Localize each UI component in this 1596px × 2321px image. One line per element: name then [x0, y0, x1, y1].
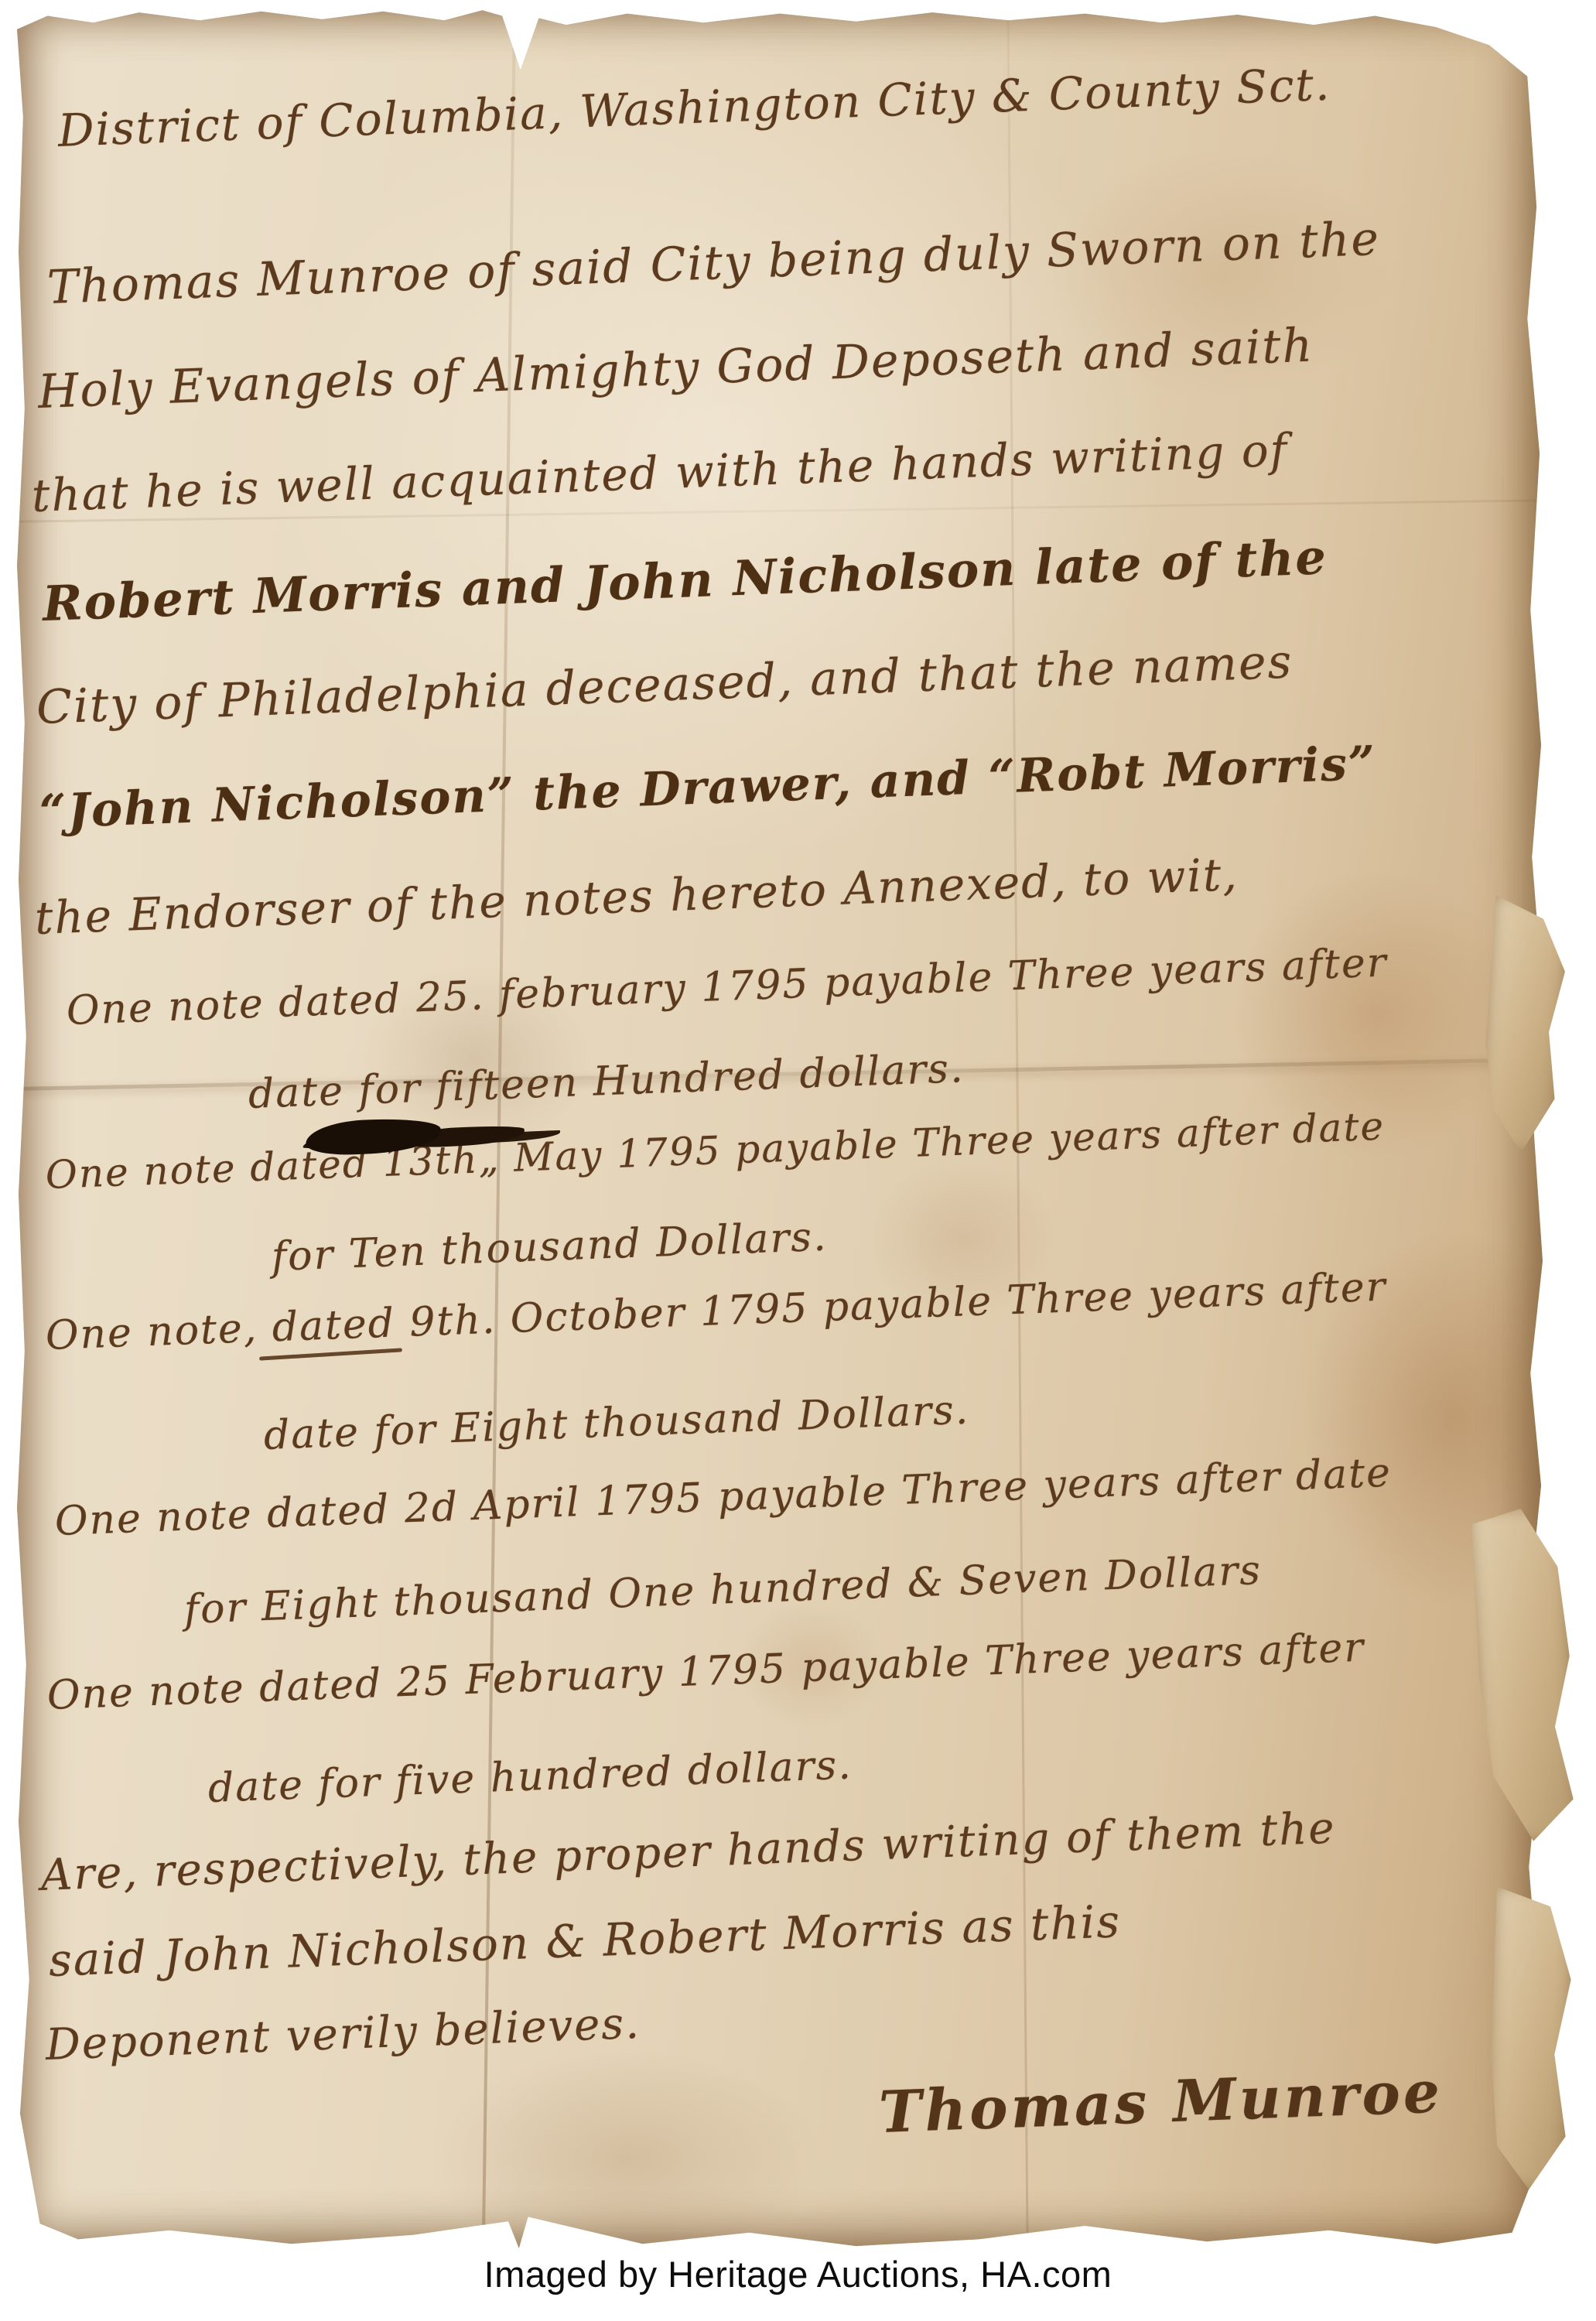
manuscript-line: date for five hundred dollars. [207, 1745, 853, 1808]
handwritten-text-layer: District of Columbia, Washington City & … [0, 0, 1596, 2321]
manuscript-line: Robert Morris and John Nicholson late of… [42, 533, 1328, 628]
manuscript-line: “John Nicholson” the Drawer, and “Robt M… [39, 740, 1377, 836]
manuscript-line: One note dated 13th„ May 1795 payable Th… [45, 1107, 1386, 1195]
manuscript-line: Holy Evangels of Almighty God Deposeth a… [37, 323, 1314, 415]
manuscript-line: date for fifteen Hundred dollars. [248, 1048, 965, 1115]
signature-thomas-munroe: Thomas Munroe [878, 2063, 1444, 2142]
manuscript-line: One note dated 25. february 1795 payable… [66, 942, 1388, 1031]
manuscript-line: for Ten thousand Dollars. [271, 1217, 828, 1277]
manuscript-line: the Endorser of the notes hereto Annexed… [34, 852, 1239, 941]
manuscript-line: that he is well acquainted with the hand… [31, 427, 1289, 518]
scanned-document-photo: District of Columbia, Washington City & … [0, 0, 1596, 2321]
manuscript-line: City of Philadelphia deceased, and that … [36, 638, 1294, 731]
manuscript-line: Deponent verily believes. [45, 2002, 641, 2067]
document-heading: District of Columbia, Washington City & … [57, 62, 1331, 153]
manuscript-line: Are, respectively, the proper hands writ… [40, 1807, 1336, 1898]
manuscript-line: One note dated 2d April 1795 payable Thr… [54, 1453, 1393, 1542]
image-credit-caption: Imaged by Heritage Auctions, HA.com [0, 2253, 1596, 2295]
manuscript-line: for Eight thousand One hundred & Seven D… [183, 1550, 1263, 1630]
manuscript-line: said John Nicholson & Robert Morris as t… [48, 1899, 1122, 1983]
manuscript-line: date for Eight thousand Dollars. [263, 1390, 970, 1456]
manuscript-line: One note, dated 9th. October 1795 payabl… [45, 1266, 1387, 1356]
manuscript-line: One note dated 25 February 1795 payable … [46, 1628, 1365, 1716]
manuscript-line: Thomas Munroe of said City being duly Sw… [46, 216, 1381, 311]
